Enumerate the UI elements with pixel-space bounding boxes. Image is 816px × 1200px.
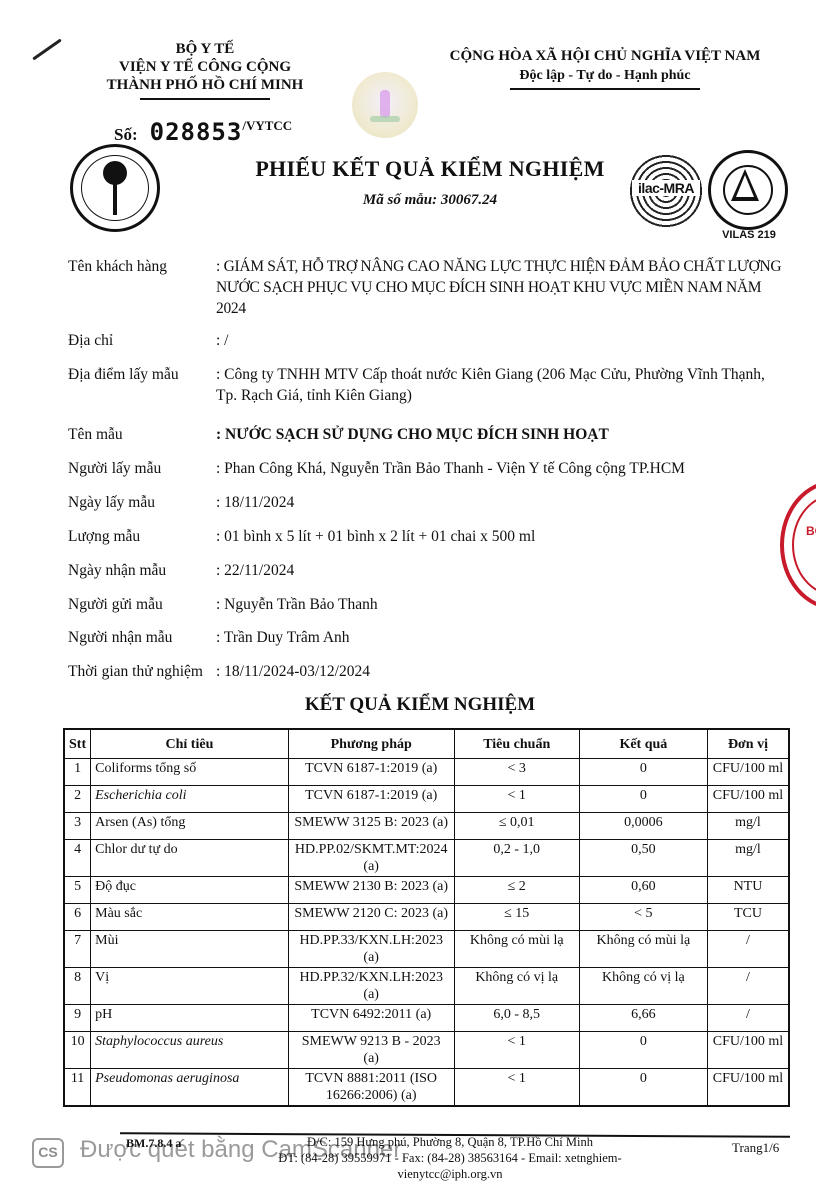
table-row: 7MùiHD.PP.33/KXN.LH:2023 (a)Không có mùi…	[64, 931, 789, 968]
row-standard: < 1	[454, 1069, 579, 1107]
row-stt: 1	[64, 759, 91, 786]
table-row: 2Escherichia coliTCVN 6187-1:2019 (a)< 1…	[64, 786, 789, 813]
row-result: Không có vị lạ	[579, 968, 707, 1005]
document-number-suffix: /VYTCC	[242, 118, 292, 133]
row-stt: 2	[64, 786, 91, 813]
results-title: KẾT QUẢ KIỂM NGHIỆM	[200, 694, 640, 716]
form-code: BM.7.8.4 a	[126, 1136, 181, 1151]
info-label: Địa điểm lấy mẫu	[68, 364, 218, 385]
row-result: 0,50	[579, 840, 707, 877]
table-row: 9pHTCVN 6492:2011 (a)6,0 - 8,56,66/	[64, 1005, 789, 1032]
col-parameter: Chỉ tiêu	[91, 729, 289, 759]
col-stt: Stt	[64, 729, 91, 759]
table-row: 11Pseudomonas aeruginosaTCVN 8881:2011 (…	[64, 1069, 789, 1107]
row-method: SMEWW 3125 B: 2023 (a)	[288, 813, 454, 840]
document-number-label: Số:	[114, 125, 138, 144]
row-standard: ≤ 15	[454, 904, 579, 931]
row-stt: 6	[64, 904, 91, 931]
info-label: Tên mẫu	[68, 424, 218, 445]
row-parameter: Pseudomonas aeruginosa	[91, 1069, 289, 1107]
row-parameter: Mùi	[91, 931, 289, 968]
row-unit: /	[707, 968, 789, 1005]
row-result: Không có mùi lạ	[579, 931, 707, 968]
table-row: 3Arsen (As) tổngSMEWW 3125 B: 2023 (a)≤ …	[64, 813, 789, 840]
row-stt: 4	[64, 840, 91, 877]
row-unit: /	[707, 1005, 789, 1032]
hologram-seal-icon	[352, 72, 418, 138]
sample-code: Mã số mẫu: 30067.24	[200, 192, 660, 209]
row-result: 0	[579, 1032, 707, 1069]
info-value: : Công ty TNHH MTV Cấp thoát nước Kiên G…	[216, 364, 786, 406]
page-number: Trang1/6	[732, 1140, 779, 1156]
row-standard: < 1	[454, 1032, 579, 1069]
info-value: : GIÁM SÁT, HỖ TRỢ NÂNG CAO NĂNG LỰC THỰ…	[216, 256, 786, 319]
table-row: 8VịHD.PP.32/KXN.LH:2023 (a)Không có vị l…	[64, 968, 789, 1005]
row-standard: ≤ 0,01	[454, 813, 579, 840]
iph-logo-icon	[70, 144, 160, 232]
info-label: Tên khách hàng	[68, 256, 218, 277]
info-label: Địa chỉ	[68, 330, 218, 351]
row-unit: NTU	[707, 877, 789, 904]
info-value: : Nguyễn Trần Bảo Thanh	[216, 594, 786, 615]
row-standard: 6,0 - 8,5	[454, 1005, 579, 1032]
row-unit: /	[707, 931, 789, 968]
row-method: HD.PP.33/KXN.LH:2023 (a)	[288, 931, 454, 968]
camscanner-logo-icon: CS	[32, 1138, 64, 1168]
col-result: Kết quả	[579, 729, 707, 759]
document-number: Số:028853/VYTCC	[114, 118, 292, 146]
row-result: < 5	[579, 904, 707, 931]
col-unit: Đơn vị	[707, 729, 789, 759]
info-label: Lượng mẫu	[68, 526, 218, 547]
row-method: SMEWW 9213 B - 2023 (a)	[288, 1032, 454, 1069]
ministry-name: BỘ Y TẾ	[100, 40, 310, 58]
info-label: Người gửi mẫu	[68, 594, 218, 615]
row-parameter: Coliforms tổng số	[91, 759, 289, 786]
info-label: Người lấy mẫu	[68, 458, 218, 479]
table-row: 4Chlor dư tự doHD.PP.02/SKMT.MT:2024 (a)…	[64, 840, 789, 877]
institute-name: VIỆN Y TẾ CÔNG CỘNG	[100, 58, 310, 76]
row-parameter: Arsen (As) tổng	[91, 813, 289, 840]
row-parameter: Độ đục	[91, 877, 289, 904]
row-stt: 8	[64, 968, 91, 1005]
row-unit: CFU/100 ml	[707, 1069, 789, 1107]
row-standard: < 1	[454, 786, 579, 813]
header-left-divider	[140, 98, 270, 100]
national-motto: Độc lập - Tự do - Hạnh phúc	[430, 66, 780, 86]
row-stt: 9	[64, 1005, 91, 1032]
institute-city: THÀNH PHỐ HỒ CHÍ MINH	[100, 76, 310, 94]
info-value: : 01 bình x 5 lít + 01 bình x 2 lít + 01…	[216, 526, 786, 547]
table-row: 5Độ đụcSMEWW 2130 B: 2023 (a)≤ 20,60NTU	[64, 877, 789, 904]
table-row: 10Staphylococcus aureusSMEWW 9213 B - 20…	[64, 1032, 789, 1069]
info-value: : Trần Duy Trâm Anh	[216, 627, 786, 648]
info-label: Ngày lấy mẫu	[68, 492, 218, 513]
info-value: : 18/11/2024-03/12/2024	[216, 661, 786, 682]
info-value: : NƯỚC SẠCH SỬ DỤNG CHO MỤC ĐÍCH SINH HO…	[216, 424, 786, 445]
row-standard: Không có vị lạ	[454, 968, 579, 1005]
row-stt: 10	[64, 1032, 91, 1069]
row-unit: mg/l	[707, 840, 789, 877]
info-value: : 22/11/2024	[216, 560, 786, 581]
row-unit: CFU/100 ml	[707, 786, 789, 813]
row-method: TCVN 8881:2011 (ISO 16266:2006) (a)	[288, 1069, 454, 1107]
info-row-customer: Tên khách hàng : GIÁM SÁT, HỖ TRỢ NÂNG C…	[68, 256, 788, 322]
info-row-sampling-location: Địa điểm lấy mẫu : Công ty TNHH MTV Cấp …	[68, 364, 788, 408]
info-label: Ngày nhận mẫu	[68, 560, 218, 581]
row-parameter: pH	[91, 1005, 289, 1032]
row-method: TCVN 6187-1:2019 (a)	[288, 759, 454, 786]
row-standard: ≤ 2	[454, 877, 579, 904]
info-label: Thời gian thử nghiệm	[68, 661, 228, 682]
row-unit: CFU/100 ml	[707, 1032, 789, 1069]
pen-mark	[32, 39, 62, 61]
page-title: PHIẾU KẾT QUẢ KIỂM NGHIỆM	[200, 156, 660, 182]
contact-line: ĐT: (84-28) 39559971 - Fax: (84-28) 3856…	[250, 1150, 650, 1182]
row-parameter: Vị	[91, 968, 289, 1005]
info-value: : 18/11/2024	[216, 492, 786, 513]
info-value: : /	[216, 330, 786, 351]
footer-address: Đ/C: 159 Hưng phú, Phường 8, Quận 8, TP.…	[250, 1134, 650, 1182]
accreditation-bureau-logo-icon	[708, 150, 788, 230]
national-header: CỘNG HÒA XÃ HỘI CHỦ NGHĨA VIỆT NAM Độc l…	[430, 46, 780, 90]
col-method: Phương pháp	[288, 729, 454, 759]
row-method: HD.PP.02/SKMT.MT:2024 (a)	[288, 840, 454, 877]
row-method: TCVN 6492:2011 (a)	[288, 1005, 454, 1032]
vilas-label: VILAS 219	[712, 229, 786, 241]
row-stt: 3	[64, 813, 91, 840]
row-parameter: Chlor dư tự do	[91, 840, 289, 877]
table-row: 6Màu sắcSMEWW 2120 C: 2023 (a)≤ 15< 5TCU	[64, 904, 789, 931]
col-standard: Tiêu chuẩn	[454, 729, 579, 759]
row-standard: Không có mùi lạ	[454, 931, 579, 968]
info-value: : Phan Công Khá, Nguyễn Trần Bảo Thanh -…	[216, 458, 786, 479]
row-method: HD.PP.32/KXN.LH:2023 (a)	[288, 968, 454, 1005]
row-result: 0	[579, 1069, 707, 1107]
row-stt: 7	[64, 931, 91, 968]
row-result: 0	[579, 786, 707, 813]
row-result: 0,0006	[579, 813, 707, 840]
issuing-authority: BỘ Y TẾ VIỆN Y TẾ CÔNG CỘNG THÀNH PHỐ HỒ…	[100, 40, 310, 100]
row-parameter: Escherichia coli	[91, 786, 289, 813]
row-stt: 5	[64, 877, 91, 904]
row-parameter: Staphylococcus aureus	[91, 1032, 289, 1069]
row-parameter: Màu sắc	[91, 904, 289, 931]
results-table: Stt Chỉ tiêu Phương pháp Tiêu chuẩn Kết …	[63, 728, 790, 1107]
address-line: Đ/C: 159 Hưng phú, Phường 8, Quận 8, TP.…	[250, 1134, 650, 1150]
row-stt: 11	[64, 1069, 91, 1107]
table-header-row: Stt Chỉ tiêu Phương pháp Tiêu chuẩn Kết …	[64, 729, 789, 759]
row-result: 0	[579, 759, 707, 786]
table-row: 1Coliforms tổng sốTCVN 6187-1:2019 (a)< …	[64, 759, 789, 786]
document-number-value: 028853	[150, 118, 243, 146]
row-method: TCVN 6187-1:2019 (a)	[288, 786, 454, 813]
row-standard: < 3	[454, 759, 579, 786]
row-unit: CFU/100 ml	[707, 759, 789, 786]
info-label: Người nhận mẫu	[68, 627, 218, 648]
row-unit: mg/l	[707, 813, 789, 840]
row-standard: 0,2 - 1,0	[454, 840, 579, 877]
national-title: CỘNG HÒA XÃ HỘI CHỦ NGHĨA VIỆT NAM	[430, 46, 780, 66]
row-method: SMEWW 2120 C: 2023 (a)	[288, 904, 454, 931]
row-result: 0,60	[579, 877, 707, 904]
row-result: 6,66	[579, 1005, 707, 1032]
row-method: SMEWW 2130 B: 2023 (a)	[288, 877, 454, 904]
header-right-divider	[510, 88, 700, 90]
row-unit: TCU	[707, 904, 789, 931]
